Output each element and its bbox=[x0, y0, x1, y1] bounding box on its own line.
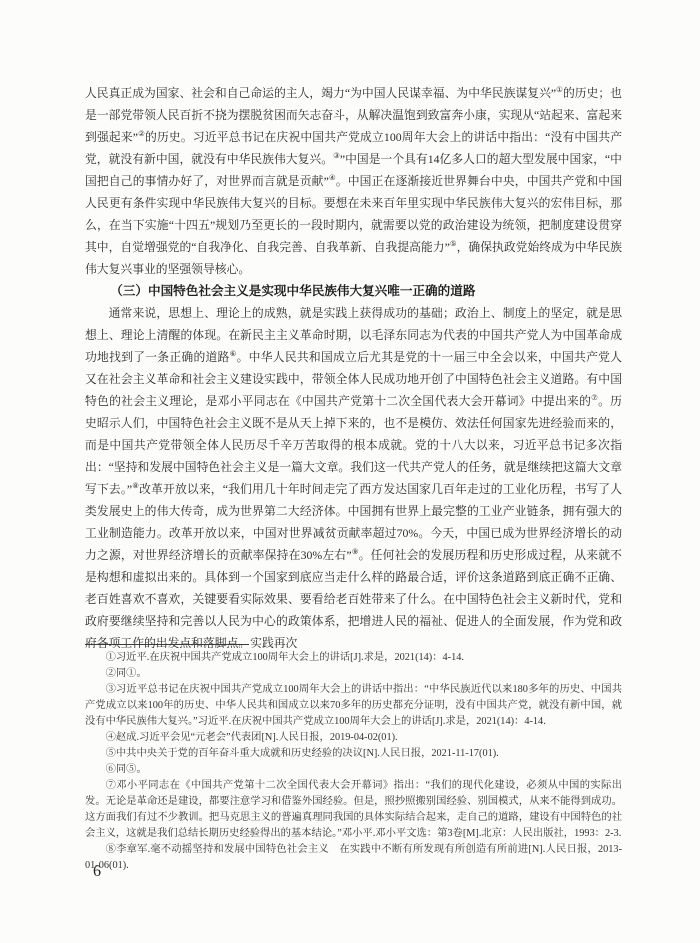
footnote-item: ②同①。 bbox=[85, 666, 622, 682]
text-run: 人民真正成为国家、社会和自己命运的主人，竭力“为中国人民谋幸福、为中华民族谋复兴… bbox=[85, 86, 556, 100]
footnote-item: ①习近平.在庆祝中国共产党成立100周年大会上的讲话[J].求是，2021(14… bbox=[85, 650, 622, 666]
body-paragraph-continuation: 人民真正成为国家、社会和自己命运的主人，竭力“为中国人民谋幸福、为中华民族谋复兴… bbox=[85, 82, 622, 280]
page-body: 人民真正成为国家、社会和自己命运的主人，竭力“为中国人民谋幸福、为中华民族谋复兴… bbox=[85, 82, 622, 648]
footnote-item: ④赵成.习近平会见“元老会”代表团[N].人民日报，2019-04-02(01)… bbox=[85, 730, 622, 746]
footnote-ref-marker: ① bbox=[556, 85, 563, 94]
document-page: 人民真正成为国家、社会和自己命运的主人，竭力“为中国人民谋幸福、为中华民族谋复兴… bbox=[0, 0, 700, 943]
text-run: 。历史昭示人们，中国特色社会主义既不是从天上掉下来的，也不是模仿、效法任何国家先… bbox=[85, 394, 622, 496]
footnote-ref-marker: ③ bbox=[333, 151, 340, 160]
footnotes-section: ①习近平.在庆祝中国共产党成立100周年大会上的讲话[J].求是，2021(14… bbox=[85, 644, 622, 872]
footnote-ref-marker: ⑨ bbox=[352, 547, 359, 556]
footnote-ref-marker: ⑥ bbox=[230, 349, 237, 358]
footnote-ref-marker: ④ bbox=[329, 173, 336, 182]
footnote-ref-marker: ⑤ bbox=[450, 239, 457, 248]
footnote-divider bbox=[85, 644, 249, 645]
footnote-item: ⑥同⑤。 bbox=[85, 762, 622, 778]
page-number: 6 bbox=[93, 862, 101, 882]
body-paragraph: 通常来说，思想上、理论上的成熟，就是实践上获得成功的基础；政治上、制度上的坚定，… bbox=[85, 302, 622, 648]
footnote-list: ①习近平.在庆祝中国共产党成立100周年大会上的讲话[J].求是，2021(14… bbox=[85, 650, 622, 872]
section-heading: （三）中国特色社会主义是实现中华民族伟大复兴唯一正确的道路 bbox=[85, 280, 622, 302]
footnote-ref-marker: ② bbox=[138, 129, 145, 138]
footnote-item: ⑤中共中央关于党的百年奋斗重大成就和历史经验的决议[N].人民日报，2021-1… bbox=[85, 746, 622, 762]
footnote-item: ⑦邓小平同志在《中国共产党第十二次全国代表大会开幕词》指出：“我们的现代化建设，… bbox=[85, 778, 622, 842]
text-run: 。任何社会的发展历程和历史形成过程，从来就不是构想和虚拟出来的。具体到一个国家到… bbox=[85, 548, 622, 648]
footnote-item: ③习近平总书记在庆祝中国共产党成立100周年大会上的讲话中指出：“中华民族近代以… bbox=[85, 682, 622, 730]
footnote-item: ⑧李章军.毫不动摇坚持和发展中国特色社会主义 在实践中不断有所发现有所创造有所前… bbox=[85, 842, 622, 872]
